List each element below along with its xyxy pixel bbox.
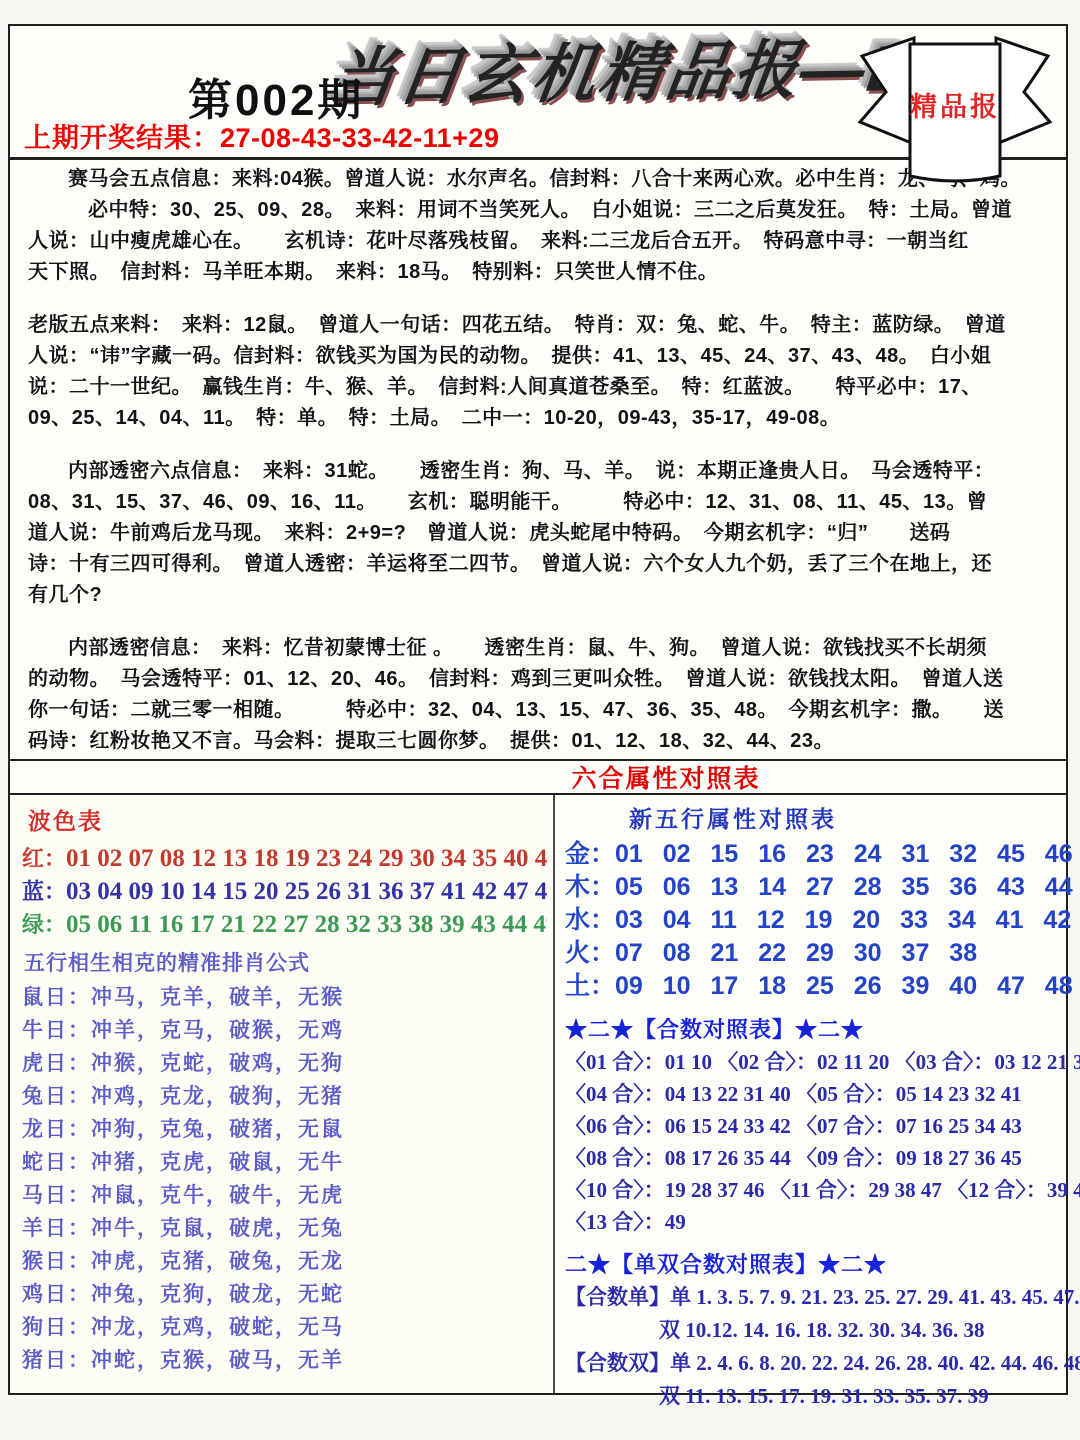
previous-result-numbers: 27-08-43-33-42-11+29 xyxy=(220,123,499,153)
right-column: 新五行属性对照表 金：01 02 15 16 23 24 31 32 45 46… xyxy=(555,795,1080,1393)
tip-line: 天下照。 信封料：马羊旺本期。 来料：18马。 特别料：只笑世人情不住。 xyxy=(28,257,1052,288)
zodiac-line: 龙日：冲狗，克兔，破猪，无鼠 xyxy=(22,1113,547,1146)
section-title: 六合属性对照表 xyxy=(571,759,760,795)
zodiac-line: 狗日：冲龙，克鸡，破蛇，无马 xyxy=(22,1311,547,1344)
tips-section: 赛马会五点信息：来料:04猴。曾道人说：水尔声名。信封料：八合十来两心欢。必中生… xyxy=(10,159,1066,759)
oddeven-table-header: 二★【单双合数对照表】★二★ xyxy=(565,1248,1080,1279)
oddeven-line: 【合数双】单 2. 4. 6. 8. 20. 22. 24. 26. 28. 4… xyxy=(565,1347,1080,1380)
five-elements-title: 新五行属性对照表 xyxy=(629,801,1080,834)
previous-result-label: 上期开奖结果： xyxy=(24,123,220,153)
tip-line: 内部透密信息： 来料：忆昔初蒙博士征 。 透密生肖：鼠、牛、狗。 曾道人说：欲钱… xyxy=(28,633,1052,664)
element-earth-numbers: 09 10 17 18 25 26 39 40 47 48 xyxy=(615,972,1073,1000)
wave-green-numbers: 05 06 11 16 17 21 22 27 28 32 33 38 39 4… xyxy=(66,911,547,938)
zodiac-line: 牛日：冲羊，克马，破猴，无鸡 xyxy=(22,1014,547,1047)
page-frame: 当日玄机精品报—B 第002期 上期开奖结果：27-08-43-33-42-11… xyxy=(8,24,1068,1395)
element-water-numbers: 03 04 11 12 19 20 33 34 41 42 49 xyxy=(615,906,1080,934)
ribbon-banner: 精品报 xyxy=(850,4,1052,192)
tip-line: 人说：“讳”字藏一码。信封料：欲钱买为国为民的动物。 提供：41、13、45、2… xyxy=(28,341,1052,372)
tip-line: 老版五点来料： 来料：12鼠。 曾道人一句话：四花五结。 特肖：双：兔、蛇、牛。… xyxy=(28,310,1052,341)
section-band: 六合属性对照表 xyxy=(10,759,1066,795)
tip-line: 诗：十有三四可得利。 曾道人透密：羊运将至二四节。 曾道人说：六个女人九个奶，丢… xyxy=(28,549,1052,580)
tip-line: 你一句话：二就三零一相随。 特必中：32、04、13、15、47、36、35、4… xyxy=(28,695,1052,726)
wave-row-red: 红：01 02 07 08 12 13 18 19 23 24 29 30 34… xyxy=(22,842,547,875)
left-column: 波色表 红：01 02 07 08 12 13 18 19 23 24 29 3… xyxy=(10,795,555,1393)
zodiac-line: 马日：冲鼠，克牛，破牛，无虎 xyxy=(22,1179,547,1212)
element-row-wood: 木：05 06 13 14 27 28 35 36 43 44 xyxy=(565,871,1080,904)
wave-row-green: 绿：05 06 11 16 17 21 22 27 28 32 33 38 39… xyxy=(22,908,547,941)
oddeven-line: 双 11. 13. 15. 17. 19. 31. 33. 35. 37. 39 xyxy=(565,1380,1080,1413)
element-fire-label: 火： xyxy=(565,939,615,967)
oddeven-line: 双 10.12. 14. 16. 18. 32. 30. 34. 36. 38 xyxy=(565,1314,1080,1347)
element-row-earth: 土：09 10 17 18 25 26 39 40 47 48 xyxy=(565,970,1080,1003)
tip-line: 08、31、15、37、46、09、16、11。 玄机：聪明能干。 特必中：12… xyxy=(28,487,1052,518)
sum-line: 〈13 合〉：49 xyxy=(565,1206,1080,1238)
sum-line: 〈01 合〉：01 10 〈02 合〉：02 11 20 〈03 合〉：03 1… xyxy=(565,1046,1080,1078)
banner-label: 精品报 xyxy=(910,91,1000,122)
tip-line: 内部透密六点信息： 来料：31蛇。 透密生肖：狗、马、羊。 说：本期正逢贵人日。… xyxy=(28,456,1052,487)
zodiac-line: 羊日：冲牛，克鼠，破虎，无兔 xyxy=(22,1212,547,1245)
element-gold-label: 金： xyxy=(565,840,615,868)
tip-line: 码诗：红粉妆艳又不言。马会料：提取三七圆你梦。 提供：01、12、18、32、4… xyxy=(28,726,1052,757)
newspaper-page: 精品报 当日玄机精品报—B 第002期 上期开奖结果：27-08-43-33-4… xyxy=(0,0,1080,1440)
reference-tables: 波色表 红：01 02 07 08 12 13 18 19 23 24 29 3… xyxy=(10,795,1066,1393)
wave-blue-label: 蓝： xyxy=(22,879,66,904)
zodiac-line: 猴日：冲虎，克猪，破兔，无龙 xyxy=(22,1245,547,1278)
sum-table-header: ★二★【合数对照表】★二★ xyxy=(565,1013,1080,1044)
element-wood-label: 木： xyxy=(565,873,615,901)
element-row-fire: 火：07 08 21 22 29 30 37 38 xyxy=(565,937,1080,970)
tip-line: 有几个? xyxy=(28,580,1052,611)
zodiac-line: 鼠日：冲马，克羊，破羊，无猴 xyxy=(22,981,547,1014)
sum-line: 〈04 合〉：04 13 22 31 40 〈05 合〉：05 14 23 32… xyxy=(565,1078,1080,1110)
tip-line: 人说：山中瘦虎雄心在。 玄机诗：花叶尽落残枝留。 来料:二三龙后合五开。 特码意… xyxy=(28,226,1052,257)
tip-line: 道人说：牛前鸡后龙马现。 来料：2+9=? 曾道人说：虎头蛇尾中特码。 今期玄机… xyxy=(28,518,1052,549)
masthead-title: 当日玄机精品报—B xyxy=(325,17,925,119)
wave-red-numbers: 01 02 07 08 12 13 18 19 23 24 29 30 34 3… xyxy=(66,845,547,872)
sum-line: 〈06 合〉：06 15 24 33 42 〈07 合〉：07 16 25 34… xyxy=(565,1110,1080,1142)
tips-paragraph-4: 内部透密信息： 来料：忆昔初蒙博士征 。 透密生肖：鼠、牛、狗。 曾道人说：欲钱… xyxy=(28,633,1052,757)
tips-paragraph-2: 老版五点来料： 来料：12鼠。 曾道人一句话：四花五结。 特肖：双：兔、蛇、牛。… xyxy=(28,310,1052,434)
ribbon-left-wing xyxy=(860,38,914,144)
tips-paragraph-3: 内部透密六点信息： 来料：31蛇。 透密生肖：狗、马、羊。 说：本期正逢贵人日。… xyxy=(28,456,1052,611)
oddeven-line: 【合数单】单 1. 3. 5. 7. 9. 21. 23. 25. 27. 29… xyxy=(565,1281,1080,1314)
ribbon-right-wing xyxy=(996,38,1050,144)
zodiac-line: 虎日：冲猴，克蛇，破鸡，无狗 xyxy=(22,1047,547,1080)
sum-line: 〈08 合〉：08 17 26 35 44 〈09 合〉：09 18 27 36… xyxy=(565,1142,1080,1174)
element-row-gold: 金：01 02 15 16 23 24 31 32 45 46 xyxy=(565,838,1080,871)
zodiac-formula-title: 五行相生相克的精准排肖公式 xyxy=(24,947,547,977)
wave-row-blue: 蓝：03 04 09 10 14 15 20 25 26 31 36 37 41… xyxy=(22,875,547,908)
zodiac-line: 蛇日：冲猪，克虎，破鼠，无牛 xyxy=(22,1146,547,1179)
tip-line: 说：二十一世纪。 赢钱生肖：牛、猴、羊。 信封料:人间真道苍桑至。 特：红蓝波。… xyxy=(28,372,1052,403)
previous-result-line: 上期开奖结果：27-08-43-33-42-11+29 xyxy=(24,116,499,155)
element-fire-numbers: 07 08 21 22 29 30 37 38 xyxy=(615,939,977,967)
element-wood-numbers: 05 06 13 14 27 28 35 36 43 44 xyxy=(615,873,1073,901)
sum-line: 〈10 合〉：19 28 37 46 〈11 合〉：29 38 47 〈12 合… xyxy=(565,1174,1080,1206)
wave-table-title: 波色表 xyxy=(28,803,547,836)
zodiac-line: 兔日：冲鸡，克龙，破狗，无猪 xyxy=(22,1080,547,1113)
wave-green-label: 绿： xyxy=(22,912,66,937)
element-gold-numbers: 01 02 15 16 23 24 31 32 45 46 xyxy=(615,840,1073,868)
element-water-label: 水： xyxy=(565,906,615,934)
element-row-water: 水：03 04 11 12 19 20 33 34 41 42 49 xyxy=(565,904,1080,937)
zodiac-line: 鸡日：冲兔，克狗，破龙，无蛇 xyxy=(22,1278,547,1311)
tip-line: 的动物。 马会透特平：01、12、20、46。 信封料：鸡到三更叫众牲。 曾道人… xyxy=(28,664,1052,695)
zodiac-line: 猪日：冲蛇，克猴，破马，无羊 xyxy=(22,1344,547,1377)
wave-blue-numbers: 03 04 09 10 14 15 20 25 26 31 36 37 41 4… xyxy=(66,878,547,905)
element-earth-label: 土： xyxy=(565,972,615,1000)
tip-line: 09、25、14、04、11。 特：单。 特：土局。 二中一：10-20，09-… xyxy=(28,403,1052,434)
tip-line: 必中特：30、25、09、28。 来料：用词不当笑死人。 白小姐说：三二之后莫发… xyxy=(28,195,1052,226)
wave-red-label: 红： xyxy=(22,846,66,871)
